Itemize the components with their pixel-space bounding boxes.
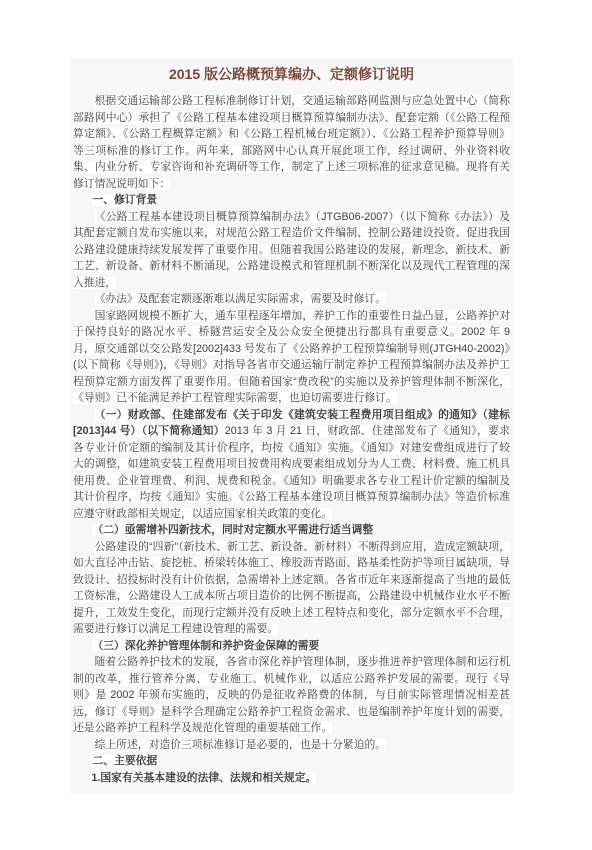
document-body: 根据交通运输部公路工程标准制修订计划，交通运输部路网监测与应急处置中心（简称部路… (73, 93, 510, 786)
paragraph: （一）财政部、住建部发布《关于印发《建筑安装工程费用项目组成》的通知》（建标[2… (73, 407, 510, 523)
highlighted-text: 1.国家有关基本建设的法律、法规和相关规定。 (91, 772, 316, 784)
highlighted-text: 国家路网规模不断扩大，通车里程逐年增加，养护工作的重要性日益凸显，公路养护对于保… (73, 310, 510, 405)
highlighted-text: 《公路工程基本建设项目概算预算编制办法》（JTGB06-2007）（以下简称《办… (73, 211, 510, 289)
highlighted-text: （二）亟需增补四新技术，同时对定额水平需进行适当调整 (92, 524, 373, 536)
section-heading: 一、修订背景 (73, 192, 510, 209)
paragraph: 国家路网规模不断扩大，通车里程逐年增加，养护工作的重要性日益凸显，公路养护对于保… (73, 308, 510, 407)
highlighted-text: （一）财政部、住建部发布《关于印发《建筑安装工程费用项目组成》的通知》（建标[2… (73, 409, 510, 520)
paragraph: 根据交通运输部公路工程标准制修订计划，交通运输部路网监测与应急处置中心（简称部路… (73, 93, 510, 192)
paragraph: 1.国家有关基本建设的法律、法规和相关规定。 (73, 770, 510, 787)
highlighted-text: 公路建设的“四新”（新技术、新工艺、新设备、新材料）不断得到应用，造成定额缺项，… (73, 541, 510, 636)
highlighted-text: （三）深化养护管理体制和养护资金保障的需要 (92, 640, 319, 652)
highlighted-text: 《办法》及配套定额逐渐难以满足实际需求，需要及时修订。 (95, 293, 387, 305)
paragraph: 综上所述，对造价三项标准修订是必要的，也是十分紧迫的。 (73, 737, 510, 754)
highlighted-text: 综上所述，对造价三项标准修订是必要的，也是十分紧迫的。 (95, 739, 387, 751)
highlighted-text: 二、主要依据 (92, 755, 157, 767)
section-heading: 二、主要依据 (73, 753, 510, 770)
section-heading: （二）亟需增补四新技术，同时对定额水平需进行适当调整 (73, 522, 510, 539)
paragraph: 《公路工程基本建设项目概算预算编制办法》（JTGB06-2007）（以下简称《办… (73, 209, 510, 292)
paragraph: 随着公路养护技术的发展，各省市深化养护管理体制，逐步推进养护管理体制和运行机制的… (73, 654, 510, 737)
document-title: 2015 版公路概预算编办、定额修订说明 (73, 64, 510, 84)
highlighted-text: 一、修订背景 (92, 194, 157, 206)
highlighted-text: 随着公路养护技术的发展，各省市深化养护管理体制，逐步推进养护管理体制和运行机制的… (73, 656, 510, 734)
document-page: 2015 版公路概预算编办、定额修订说明 根据交通运输部公路工程标准制修订计划，… (70, 58, 513, 793)
bold-lead-text: （一）财政部、住建部发布《关于印发《建筑安装工程费用项目组成》的通知》（建标[2… (73, 409, 510, 438)
paragraph: 公路建设的“四新”（新技术、新工艺、新设备、新材料）不断得到应用，造成定额缺项，… (73, 539, 510, 638)
highlighted-text: 根据交通运输部公路工程标准制修订计划，交通运输部路网监测与应急处置中心（简称部路… (73, 95, 510, 190)
paragraph: 《办法》及配套定额逐渐难以满足实际需求，需要及时修订。 (73, 291, 510, 308)
section-heading: （三）深化养护管理体制和养护资金保障的需要 (73, 638, 510, 655)
